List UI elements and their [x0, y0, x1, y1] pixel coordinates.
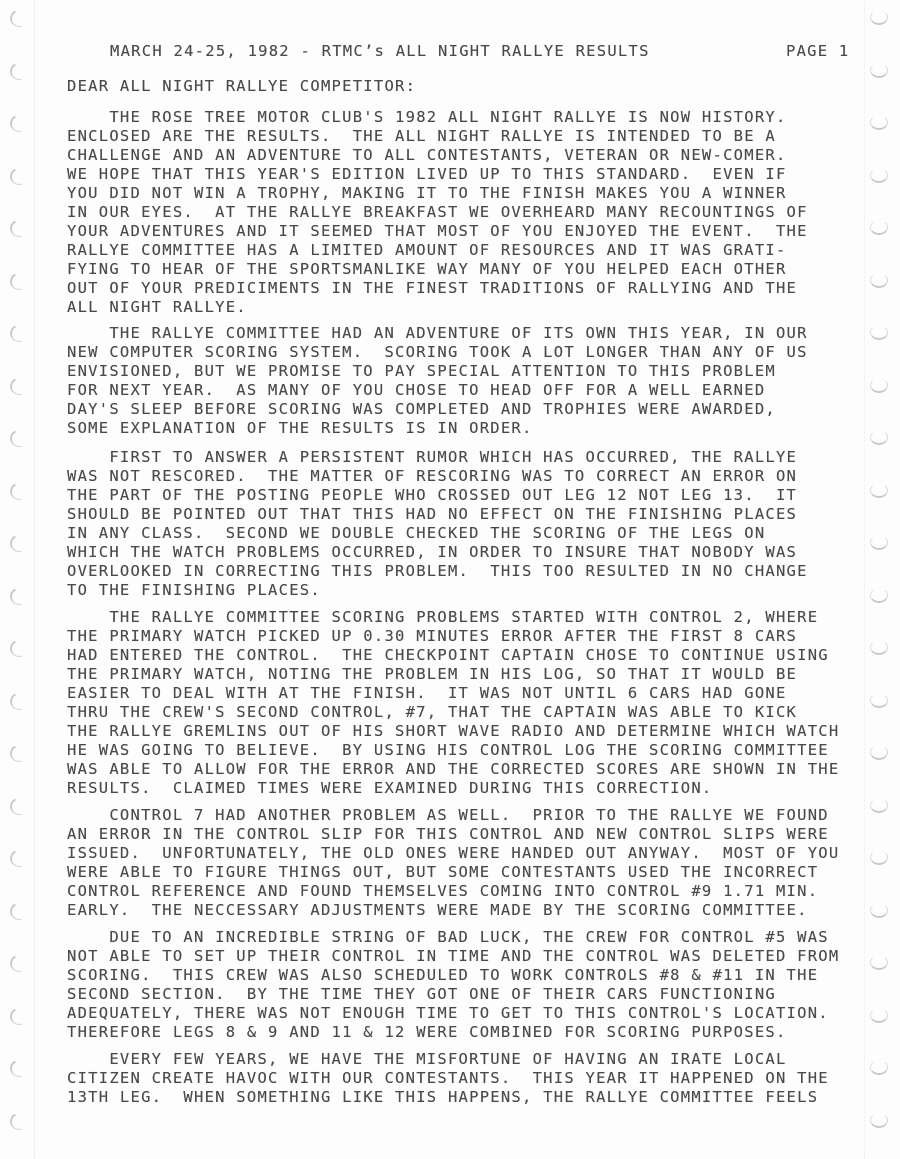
feed-hole-left-icon	[8, 270, 31, 292]
perforation-line-left	[34, 0, 36, 1159]
feed-hole-left-icon	[8, 847, 31, 869]
text-line: THE ROSE TREE MOTOR CLUB'S 1982 ALL NIGH…	[67, 108, 808, 127]
document-page: MARCH 24-25, 1982 - RTMC’s ALL NIGHT RAL…	[0, 0, 900, 1159]
text-line: AN ERROR IN THE CONTROL SLIP FOR THIS CO…	[67, 825, 839, 844]
perforation-line-right	[864, 0, 866, 1159]
text-line: THE PRIMARY WATCH PICKED UP 0.30 MINUTES…	[67, 627, 839, 646]
page-number: PAGE 1	[786, 42, 850, 61]
feed-hole-left-icon	[8, 795, 31, 817]
paragraph-2: THE RALLYE COMMITTEE HAD AN ADVENTURE OF…	[67, 324, 808, 438]
feed-hole-left-icon	[8, 165, 31, 187]
text-line: OVERLOOKED IN CORRECTING THIS PROBLEM. T…	[67, 562, 808, 581]
feed-hole-right-icon	[870, 483, 888, 498]
feed-hole-right-icon	[870, 115, 888, 130]
text-line: YOU DID NOT WIN A TROPHY, MAKING IT TO T…	[67, 184, 808, 203]
text-line: YOUR ADVENTURES AND IT SEEMED THAT MOST …	[67, 222, 808, 241]
feed-hole-left-icon	[8, 742, 31, 764]
feed-hole-left-icon	[8, 217, 31, 239]
text-line: CHALLENGE AND AN ADVENTURE TO ALL CONTES…	[67, 146, 808, 165]
text-line: THE RALLYE COMMITTEE HAD AN ADVENTURE OF…	[67, 324, 808, 343]
feed-hole-left-icon	[8, 60, 31, 82]
feed-hole-left-icon	[8, 585, 31, 607]
document-title: MARCH 24-25, 1982 - RTMC’s ALL NIGHT RAL…	[110, 42, 650, 61]
text-line: THEREFORE LEGS 8 & 9 AND 11 & 12 WERE CO…	[67, 1023, 839, 1042]
text-line: RESULTS. CLAIMED TIMES WERE EXAMINED DUR…	[67, 779, 839, 798]
text-line: WAS NOT RESCORED. THE MATTER OF RESCORIN…	[67, 467, 808, 486]
paragraph-1: THE ROSE TREE MOTOR CLUB'S 1982 ALL NIGH…	[67, 108, 808, 317]
feed-hole-right-icon	[870, 168, 888, 183]
text-line: THE RALLYE GREMLINS OUT OF HIS SHORT WAV…	[67, 722, 839, 741]
feed-hole-right-icon	[870, 325, 888, 340]
text-line: FYING TO HEAR OF THE SPORTSMANLIKE WAY M…	[67, 260, 808, 279]
feed-hole-right-icon	[870, 10, 888, 25]
text-line: WAS ABLE TO ALLOW FOR THE ERROR AND THE …	[67, 760, 839, 779]
feed-hole-right-icon	[870, 220, 888, 235]
feed-hole-right-icon	[870, 903, 888, 918]
feed-hole-right-icon	[870, 63, 888, 78]
feed-hole-right-icon	[870, 430, 888, 445]
feed-hole-left-icon	[8, 427, 31, 449]
feed-hole-left-icon	[8, 1057, 31, 1079]
feed-hole-right-icon	[870, 850, 888, 865]
text-line: FOR NEXT YEAR. AS MANY OF YOU CHOSE TO H…	[67, 381, 808, 400]
text-line: NOT ABLE TO SET UP THEIR CONTROL IN TIME…	[67, 947, 839, 966]
feed-hole-right-icon	[870, 273, 888, 288]
text-line: ENCLOSED ARE THE RESULTS. THE ALL NIGHT …	[67, 127, 808, 146]
feed-hole-right-icon	[870, 1113, 888, 1128]
text-line: THE PRIMARY WATCH, NOTING THE PROBLEM IN…	[67, 665, 839, 684]
feed-hole-left-icon	[8, 1110, 31, 1132]
text-line: WHICH THE WATCH PROBLEMS OCCURRED, IN OR…	[67, 543, 808, 562]
feed-hole-left-icon	[8, 322, 31, 344]
feed-hole-right-icon	[870, 798, 888, 813]
paragraph-5: CONTROL 7 HAD ANOTHER PROBLEM AS WELL. P…	[67, 806, 839, 920]
feed-hole-right-icon	[870, 693, 888, 708]
feed-hole-left-icon	[8, 7, 31, 29]
text-line: THRU THE CREW'S SECOND CONTROL, #7, THAT…	[67, 703, 839, 722]
paragraph-7: EVERY FEW YEARS, WE HAVE THE MISFORTUNE …	[67, 1050, 829, 1107]
feed-hole-right-icon	[870, 588, 888, 603]
text-line: WERE ABLE TO FIGURE THINGS OUT, BUT SOME…	[67, 863, 839, 882]
feed-hole-right-icon	[870, 535, 888, 550]
text-line: THE RALLYE COMMITTEE SCORING PROBLEMS ST…	[67, 608, 839, 627]
text-line: IN OUR EYES. AT THE RALLYE BREAKFAST WE …	[67, 203, 808, 222]
feed-hole-right-icon	[870, 1008, 888, 1023]
feed-hole-left-icon	[8, 1005, 31, 1027]
feed-hole-left-icon	[8, 952, 31, 974]
paragraph-6: DUE TO AN INCREDIBLE STRING OF BAD LUCK,…	[67, 928, 839, 1042]
text-line: EARLY. THE NECCESSARY ADJUSTMENTS WERE M…	[67, 901, 839, 920]
feed-hole-left-icon	[8, 480, 31, 502]
text-line: CONTROL 7 HAD ANOTHER PROBLEM AS WELL. P…	[67, 806, 839, 825]
text-line: ALL NIGHT RALLYE.	[67, 298, 808, 317]
text-line: NEW COMPUTER SCORING SYSTEM. SCORING TOO…	[67, 343, 808, 362]
text-line: HE WAS GOING TO BELIEVE. BY USING HIS CO…	[67, 741, 839, 760]
text-line: ISSUED. UNFORTUNATELY, THE OLD ONES WERE…	[67, 844, 839, 863]
feed-hole-right-icon	[870, 378, 888, 393]
text-line: DUE TO AN INCREDIBLE STRING OF BAD LUCK,…	[67, 928, 839, 947]
feed-hole-left-icon	[8, 375, 31, 397]
text-line: 13TH LEG. WHEN SOMETHING LIKE THIS HAPPE…	[67, 1088, 829, 1107]
text-line: IN ANY CLASS. SECOND WE DOUBLE CHECKED T…	[67, 524, 808, 543]
text-line: OUT OF YOUR PREDICIMENTS IN THE FINEST T…	[67, 279, 808, 298]
text-line: DAY'S SLEEP BEFORE SCORING WAS COMPLETED…	[67, 400, 808, 419]
paragraph-4: THE RALLYE COMMITTEE SCORING PROBLEMS ST…	[67, 608, 839, 798]
text-line: FIRST TO ANSWER A PERSISTENT RUMOR WHICH…	[67, 448, 808, 467]
text-line: SHOULD BE POINTED OUT THAT THIS HAD NO E…	[67, 505, 808, 524]
text-line: ENVISIONED, BUT WE PROMISE TO PAY SPECIA…	[67, 362, 808, 381]
text-line: SOME EXPLANATION OF THE RESULTS IS IN OR…	[67, 419, 808, 438]
text-line: RALLYE COMMITTEE HAS A LIMITED AMOUNT OF…	[67, 241, 808, 260]
text-line: SCORING. THIS CREW WAS ALSO SCHEDULED TO…	[67, 966, 839, 985]
text-line: CITIZEN CREATE HAVOC WITH OUR CONTESTANT…	[67, 1069, 829, 1088]
feed-hole-right-icon	[870, 745, 888, 760]
feed-hole-left-icon	[8, 637, 31, 659]
text-line: CONTROL REFERENCE AND FOUND THEMSELVES C…	[67, 882, 839, 901]
feed-hole-right-icon	[870, 1060, 888, 1075]
feed-hole-left-icon	[8, 690, 31, 712]
text-line: ADEQUATELY, THERE WAS NOT ENOUGH TIME TO…	[67, 1004, 839, 1023]
paragraph-3: FIRST TO ANSWER A PERSISTENT RUMOR WHICH…	[67, 448, 808, 600]
text-line: EASIER TO DEAL WITH AT THE FINISH. IT WA…	[67, 684, 839, 703]
feed-hole-right-icon	[870, 640, 888, 655]
feed-hole-left-icon	[8, 112, 31, 134]
feed-hole-left-icon	[8, 900, 31, 922]
text-line: SECOND SECTION. BY THE TIME THEY GOT ONE…	[67, 985, 839, 1004]
text-line: THE PART OF THE POSTING PEOPLE WHO CROSS…	[67, 486, 808, 505]
feed-hole-right-icon	[870, 955, 888, 970]
feed-hole-left-icon	[8, 532, 31, 554]
text-line: WE HOPE THAT THIS YEAR'S EDITION LIVED U…	[67, 165, 808, 184]
salutation: DEAR ALL NIGHT RALLYE COMPETITOR:	[67, 77, 416, 96]
text-line: HAD ENTERED THE CONTROL. THE CHECKPOINT …	[67, 646, 839, 665]
text-line: TO THE FINISHING PLACES.	[67, 581, 808, 600]
text-line: EVERY FEW YEARS, WE HAVE THE MISFORTUNE …	[67, 1050, 829, 1069]
